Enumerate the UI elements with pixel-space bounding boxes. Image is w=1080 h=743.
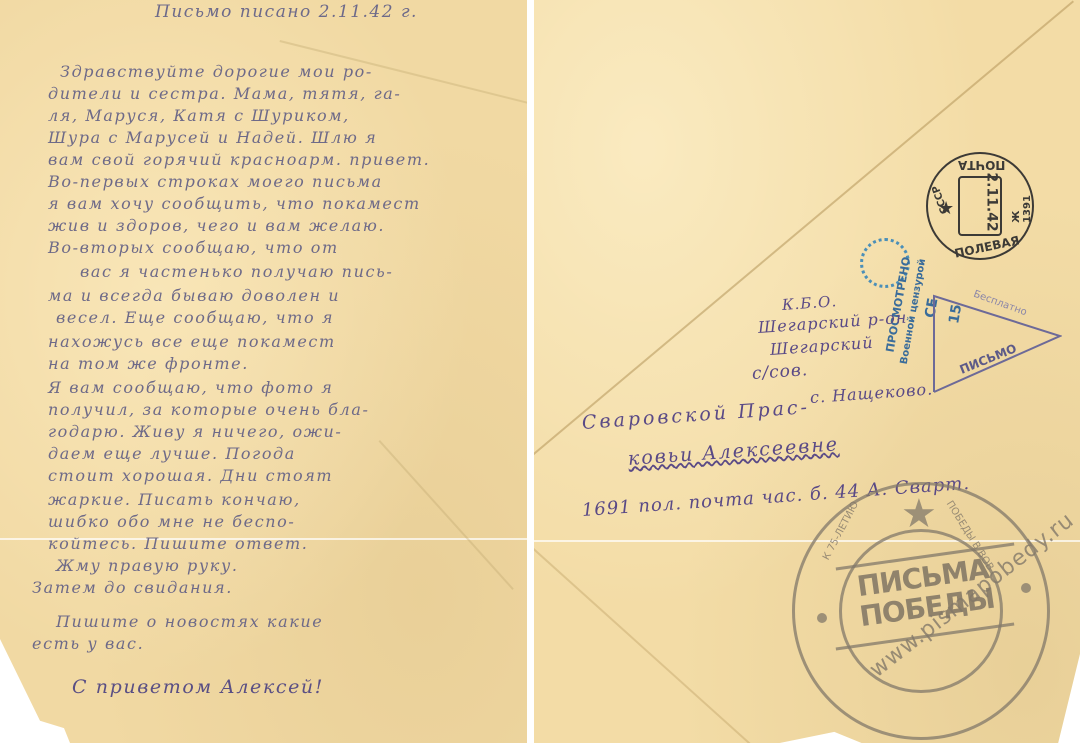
letter-page: Письмо писано 2.11.42 г. Здравствуйте до…: [0, 0, 527, 743]
letter-line: есть у вас.: [32, 634, 144, 653]
letter-line: нахожусь все еще покамест: [48, 332, 336, 351]
letter-line: весел. Еще сообщаю, что я: [56, 308, 334, 327]
letter-line: ма и всегда бываю доволен и: [48, 286, 340, 305]
letter-line: годарю. Живу я ничего, ожи-: [48, 422, 342, 441]
pismapobedy-watermark-seal: ПИСЬМА ПОБЕДЫ К 75-ЛЕТИЮ ПОБЕДЫ В ВОВ ww…: [792, 482, 1050, 740]
letter-line: Затем до свидания.: [32, 578, 233, 597]
letter-line: Шура с Марусей и Надей. Шлю я: [48, 128, 377, 147]
letter-line: даем еще лучше. Погода: [48, 444, 296, 463]
letter-line: стоит хорошая. Дни стоят: [48, 466, 333, 485]
letter-line: Во-первых строках моего письма: [48, 172, 383, 191]
letter-line: койтесь. Пишите ответ.: [48, 534, 308, 553]
letter-line: жив и здоров, чего и вам желаю.: [48, 216, 385, 235]
address-line: ковьи Алексеевне: [627, 433, 840, 470]
letter-line: жаркие. Писать кончаю,: [48, 490, 301, 509]
field-post-postmark: 2.11.42 ПОЧТА ПОЛЕВАЯ Ж 1391 СССР ★: [926, 152, 1034, 260]
letter-line: Пишите о новостях какие: [56, 612, 323, 631]
envelope-fold-lower: [533, 548, 757, 743]
seal-dot: [1021, 583, 1031, 593]
letter-line: вас я частенько получаю пись-: [80, 262, 393, 281]
star-icon: ★: [901, 491, 937, 537]
letter-signature: С приветом Алексей!: [72, 676, 324, 698]
letter-line: Во-вторых сообщаю, что от: [48, 238, 339, 257]
letter-date-header: Письмо писано 2.11.42 г.: [155, 2, 527, 22]
letter-line: дители и сестра. Мама, тятя, га-: [48, 84, 401, 103]
address-line: К.Б.О.: [781, 292, 837, 314]
letter-line: Я вам сообщаю, что фото я: [48, 378, 334, 397]
seal-dot: [817, 613, 827, 623]
address-line: с/сов.: [751, 360, 809, 384]
postmark-bottom-text: ПОЛЕВАЯ: [953, 233, 1021, 260]
postmark-top-text: ПОЧТА: [958, 158, 1005, 172]
address-line: с. Нащеково.: [809, 379, 933, 407]
triangle-free-post-stamp: Бесплатно ПИСЬМО: [932, 292, 1052, 392]
letter-line: получил, за которые очень бла-: [48, 400, 369, 419]
letter-line: на том же фронте.: [48, 354, 249, 373]
letter-line: Жму правую руку.: [56, 556, 239, 575]
star-icon: ★: [938, 198, 954, 219]
letter-line: шибко обо мне не беспо-: [48, 512, 295, 531]
postmark-side-text: Ж 1391: [1011, 195, 1033, 223]
letter-line: вам свой горячий красноарм. привет.: [48, 150, 430, 169]
postmark-date: 2.11.42: [984, 172, 1000, 231]
fold-crease: [379, 440, 514, 590]
address-line: Сваровской Прас-: [581, 396, 810, 434]
letter-line: Здравствуйте дорогие мои ро-: [60, 62, 373, 81]
address-line: Шегарский: [769, 333, 874, 359]
letter-line: ля, Маруся, Катя с Шуриком,: [48, 106, 350, 125]
letter-line: я вам хочу сообщить, что покамест: [48, 194, 421, 213]
